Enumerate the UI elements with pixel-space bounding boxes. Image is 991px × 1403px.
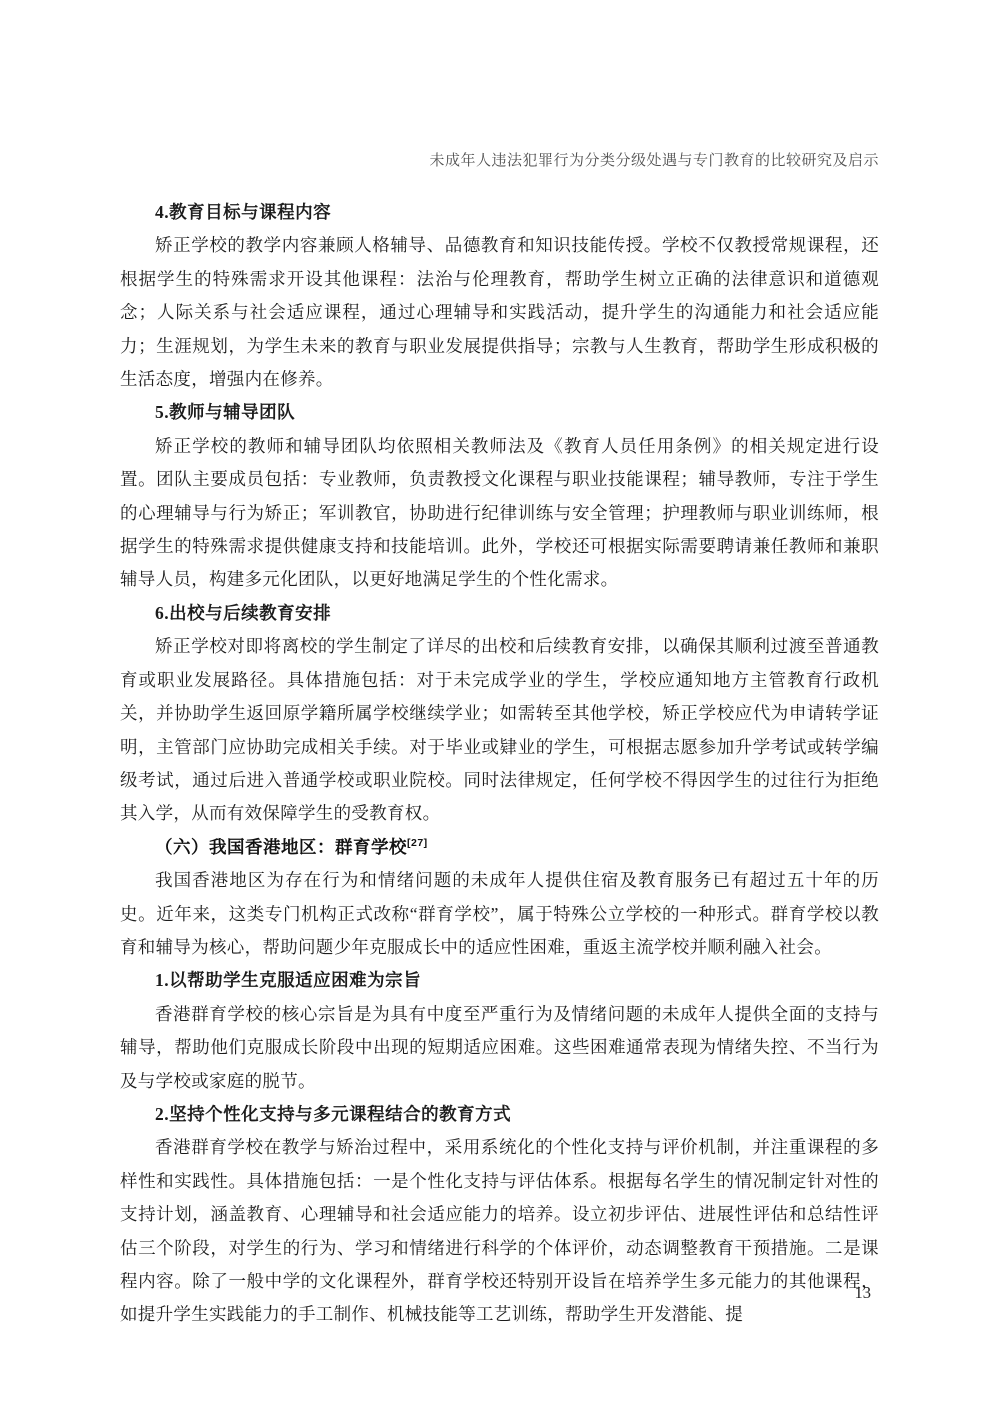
paragraph-exit-followup: 矫正学校对即将离校的学生制定了详尽的出校和后续教育安排，以确保其顺利过渡至普通教… (120, 630, 879, 830)
heading-hongkong-section: （六）我国香港地区：群育学校[27] (120, 831, 879, 864)
document-body: 4.教育目标与课程内容 矫正学校的教学内容兼顾人格辅导、品德教育和知识技能传授。… (120, 196, 879, 1332)
running-header: 未成年人违法犯罪行为分类分级处遇与专门教育的比较研究及启示 (120, 150, 879, 171)
heading-hongkong-section-label: （六）我国香港地区：群育学校 (155, 837, 407, 857)
heading-teachers-counseling-team: 5.教师与辅导团队 (120, 396, 879, 429)
footnote-ref-27: [27] (407, 837, 428, 849)
heading-exit-followup-education: 6.出校与后续教育安排 (120, 597, 879, 630)
page-number: 13 (855, 1283, 872, 1303)
document-page: 未成年人违法犯罪行为分类分级处遇与专门教育的比较研究及启示 4.教育目标与课程内… (0, 0, 991, 1403)
paragraph-personalized-support: 香港群育学校在教学与矫治过程中，采用系统化的个性化支持与评价机制，并注重课程的多… (120, 1131, 879, 1331)
paragraph-hongkong-overview: 我国香港地区为存在行为和情绪问题的未成年人提供住宿及教育服务已有超过五十年的历史… (120, 864, 879, 964)
paragraph-education-goals: 矫正学校的教学内容兼顾人格辅导、品德教育和知识技能传授。学校不仅教授常规课程，还… (120, 229, 879, 396)
heading-personalized-support-curriculum: 2.坚持个性化支持与多元课程结合的教育方式 (120, 1098, 879, 1131)
heading-education-goals-curriculum: 4.教育目标与课程内容 (120, 196, 879, 229)
heading-purpose-overcome-difficulties: 1.以帮助学生克服适应困难为宗旨 (120, 964, 879, 997)
paragraph-teachers-team: 矫正学校的教师和辅导团队均依照相关教师法及《教育人员任用条例》的相关规定进行设置… (120, 430, 879, 597)
paragraph-purpose: 香港群育学校的核心宗旨是为具有中度至严重行为及情绪问题的未成年人提供全面的支持与… (120, 998, 879, 1098)
